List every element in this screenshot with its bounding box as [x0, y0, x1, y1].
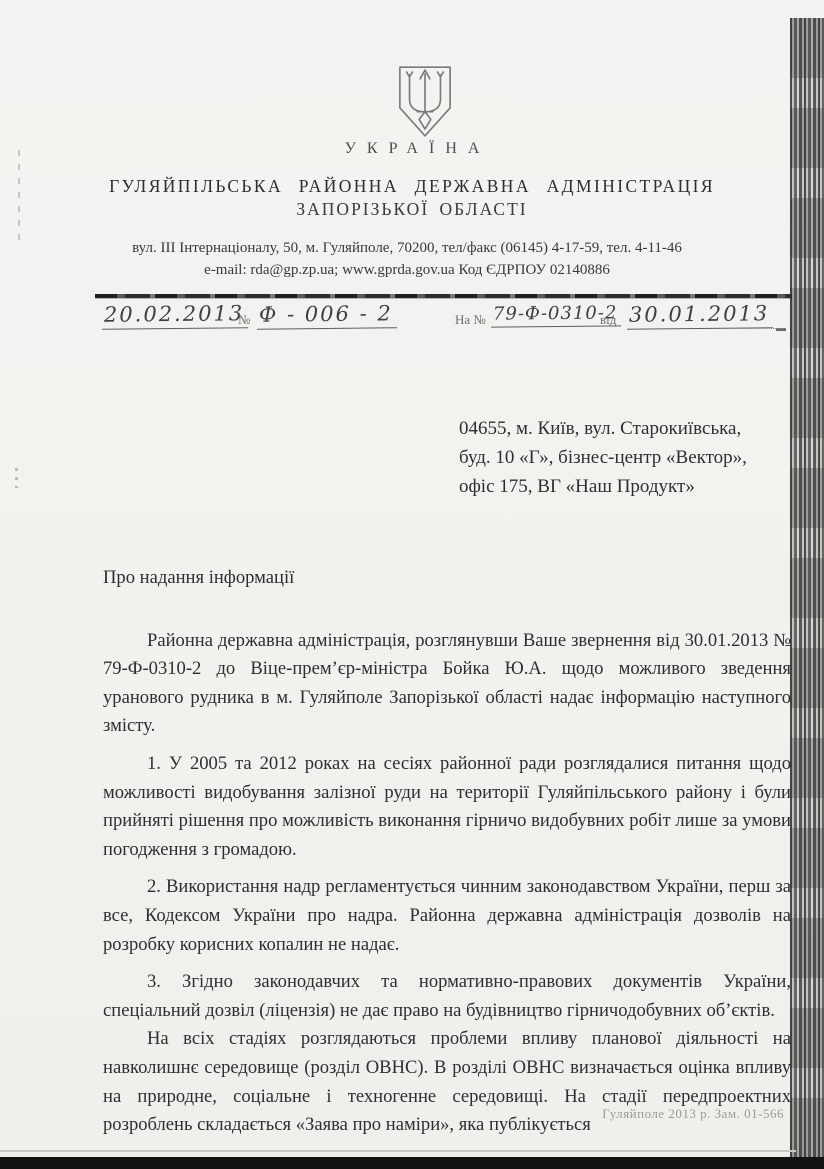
paragraph-point-2: 2. Використання надр регламентується чин… — [103, 873, 791, 959]
number-sign-label: № — [238, 312, 250, 328]
letterhead-contacts: e-mail: rda@gp.zp.ua; www.gprda.gov.ua К… — [0, 262, 814, 279]
organization-name-line1: ГУЛЯЙПІЛЬСЬКА РАЙОННА ДЕРЖАВНА АДМІНІСТР… — [0, 176, 824, 197]
incoming-date-handwritten: 30.01.2013 — [627, 301, 774, 330]
reference-row: 20.02.2013 № Ф - 006 - 2 На № 79-Ф-0310-… — [0, 300, 824, 340]
recipient-line: офіс 175, ВГ «Наш Продукт» — [459, 472, 747, 501]
organization-name-line2: ЗАПОРІЗЬКОЇ ОБЛАСТІ — [0, 199, 824, 220]
ukraine-trident-icon — [396, 64, 454, 140]
letterhead-divider-rule — [95, 294, 792, 298]
recipient-line: буд. 10 «Г», бізнес-центр «Вектор», — [459, 443, 747, 472]
print-imprint: Гуляйполе 2013 р. Зам. 01-566 — [602, 1106, 784, 1122]
recipient-line: 04655, м. Київ, вул. Старокиївська, — [459, 414, 747, 443]
scan-speck — [18, 150, 20, 245]
country-name: УКРАЇНА — [0, 140, 824, 158]
scan-edge-bottom-band — [0, 1157, 824, 1169]
paragraph-point-3: 3. Згідно законодавчих та нормативно-пра… — [103, 968, 791, 1025]
outgoing-number-handwritten: Ф - 006 - 2 — [257, 301, 397, 329]
reference-dotted-line — [736, 328, 786, 329]
recipient-address-block: 04655, м. Київ, вул. Старокиївська, буд.… — [459, 414, 747, 501]
letterhead-address: вул. ІІІ Інтернаціоналу, 50, м. Гуляйпол… — [0, 240, 814, 257]
scan-speck — [15, 468, 18, 488]
scanned-letter-page: УКРАЇНА ГУЛЯЙПІЛЬСЬКА РАЙОННА ДЕРЖАВНА А… — [0, 0, 824, 1169]
paper-bottom-edge-line — [0, 1150, 796, 1152]
outgoing-date-handwritten: 20.02.2013 — [102, 301, 249, 330]
paragraph-point-1: 1. У 2005 та 2012 роках на сесіях районн… — [103, 750, 791, 864]
paragraph-intro: Районна державна адміністрація, розгляну… — [103, 627, 791, 741]
subject-line: Про надання інформації — [103, 564, 791, 593]
letter-body: Про надання інформації Районна державна … — [103, 564, 791, 1140]
reply-to-number-label: На № — [455, 312, 486, 328]
reply-date-label: від — [600, 312, 616, 328]
paragraph-ovns: На всіх стадіях розглядаються проблеми в… — [103, 1025, 791, 1139]
